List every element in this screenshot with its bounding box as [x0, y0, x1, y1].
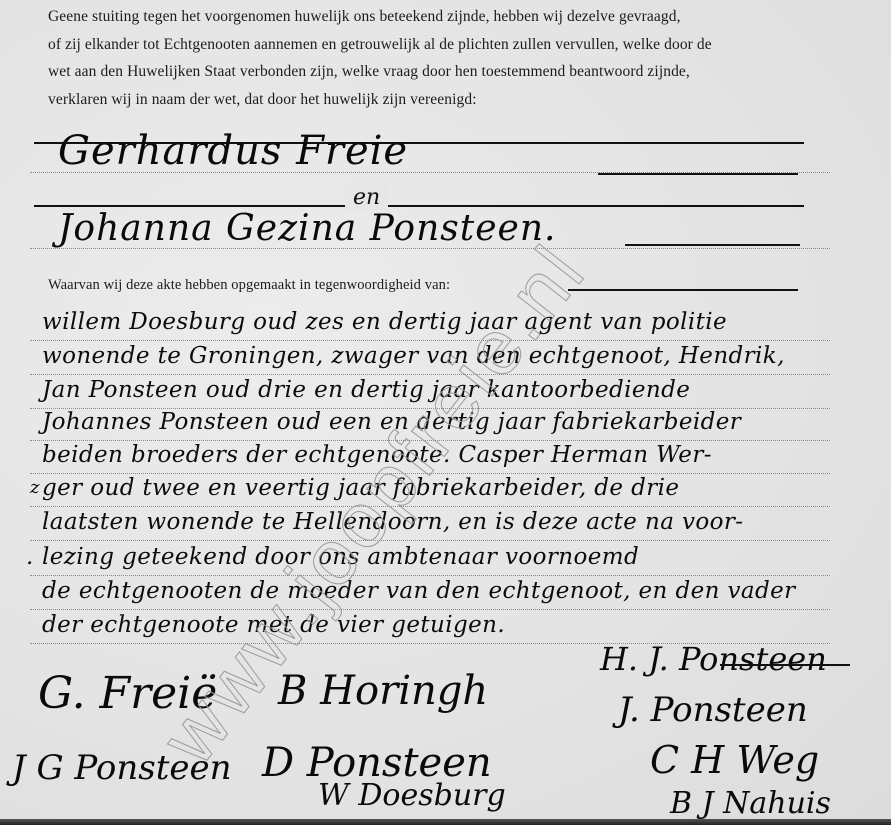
signature-b-horingh: B Horingh [278, 668, 488, 714]
line-prefix-mark: . [26, 544, 34, 570]
groom-fill-rule [598, 173, 798, 175]
certificate-page: Geene stuiting tegen het voorgenomen huw… [0, 0, 891, 825]
groom-name: Gerhardus Freie [58, 128, 408, 174]
witness-fill-rule [568, 289, 798, 291]
guide-line [30, 540, 830, 541]
handwritten-line-7: laatsten wonende te Hellendoorn, en is d… [42, 509, 743, 535]
signature-jg-ponsteen: J G Ponsteen [12, 748, 232, 788]
handwritten-line-6: ger oud twee en veertig jaar fabriekarbe… [42, 475, 679, 501]
printed-line-1: Geene stuiting tegen het voorgenomen huw… [48, 8, 681, 26]
handwritten-line-4: Johannes Ponsteen oud een en dertig jaar… [42, 409, 741, 435]
handwritten-line-9: de echtgenooten de moeder van den echtge… [42, 578, 796, 604]
handwritten-line-2: wonende te Groningen, zwager van den ech… [42, 343, 785, 369]
printed-line-4: verklaren wij in naam der wet, dat door … [48, 91, 477, 109]
guide-line [30, 340, 830, 341]
guide-line [30, 374, 830, 375]
line-prefix-mark: z [30, 477, 40, 498]
handwritten-line-10: der echtgenoote met de vier getuigen. [42, 612, 505, 638]
witness-intro: Waarvan wij deze akte hebben opgemaakt i… [48, 277, 450, 294]
guide-line [30, 440, 830, 441]
handwritten-line-1: willem Doesburg oud zes en dertig jaar a… [42, 309, 727, 335]
signature-hj-ponsteen: H. J. Ponsteen [600, 640, 827, 678]
connector-en: en [345, 185, 388, 210]
printed-line-3: wet aan den Huwelijken Staat verbonden z… [48, 63, 690, 81]
handwritten-line-3: Jan Ponsteen oud drie en dertig jaar kan… [42, 377, 690, 403]
guide-line [30, 506, 830, 507]
connector-rule [34, 205, 804, 207]
signature-ch-weg: C H Weg [650, 738, 819, 782]
signature-w-doesburg: W Doesburg [318, 778, 506, 813]
guide-line [30, 473, 830, 474]
handwritten-line-5: beiden broeders der echtgenoote. Casper … [42, 442, 712, 468]
signature-g-freie: G. Freië [38, 668, 217, 719]
guide-line [30, 609, 830, 610]
guide-line [30, 575, 830, 576]
page-edge [0, 819, 891, 825]
signature-j-ponsteen: J. Ponsteen [618, 690, 808, 730]
bride-fill-rule [625, 244, 800, 246]
bride-name: Johanna Gezina Ponsteen. [58, 208, 556, 249]
printed-line-2: of zij elkander tot Echtgenooten aanneme… [48, 36, 712, 54]
handwritten-line-8: lezing geteekend door ons ambtenaar voor… [42, 544, 639, 570]
signature-flourish [720, 664, 850, 666]
signature-bj-nahuis: B J Nahuis [670, 786, 831, 821]
